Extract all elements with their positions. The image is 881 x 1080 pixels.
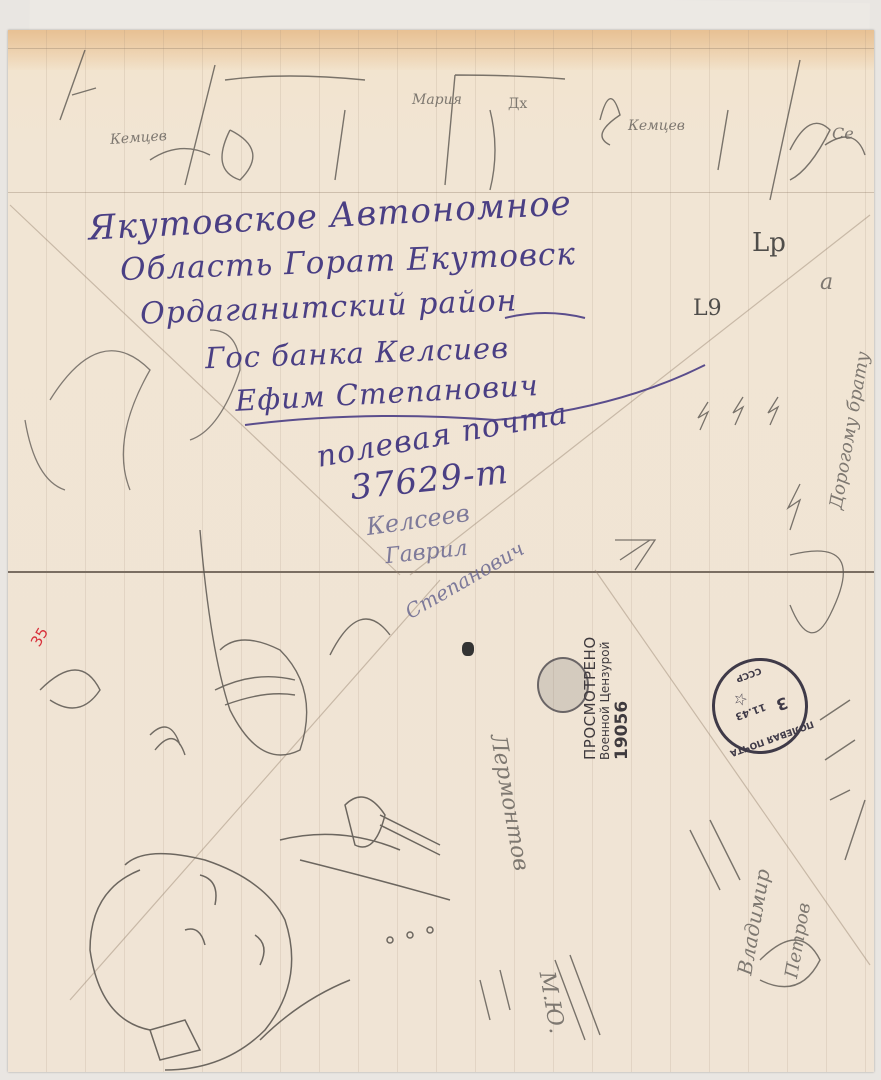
postmark-number: 3 bbox=[774, 693, 791, 715]
scribble-top-3: Дх bbox=[508, 96, 527, 112]
censor-stamp: ПРОСМОТРЕНО Военной Цензурой 19056 bbox=[582, 620, 638, 760]
ink-blot bbox=[462, 642, 474, 656]
margin-mark-l9: L9 bbox=[693, 296, 722, 321]
scribble-top-2: Мария bbox=[412, 92, 462, 108]
censor-number: 19056 bbox=[613, 620, 633, 760]
scribble-top-5: Се bbox=[832, 124, 854, 143]
censor-line-2: Военной Цензурой bbox=[599, 620, 613, 760]
margin-mark-lp: Lp bbox=[752, 228, 786, 258]
margin-letter-a: а bbox=[820, 270, 833, 295]
censor-line-1: ПРОСМОТРЕНО bbox=[582, 620, 599, 760]
scribble-top-4: Кемцев bbox=[628, 118, 685, 134]
